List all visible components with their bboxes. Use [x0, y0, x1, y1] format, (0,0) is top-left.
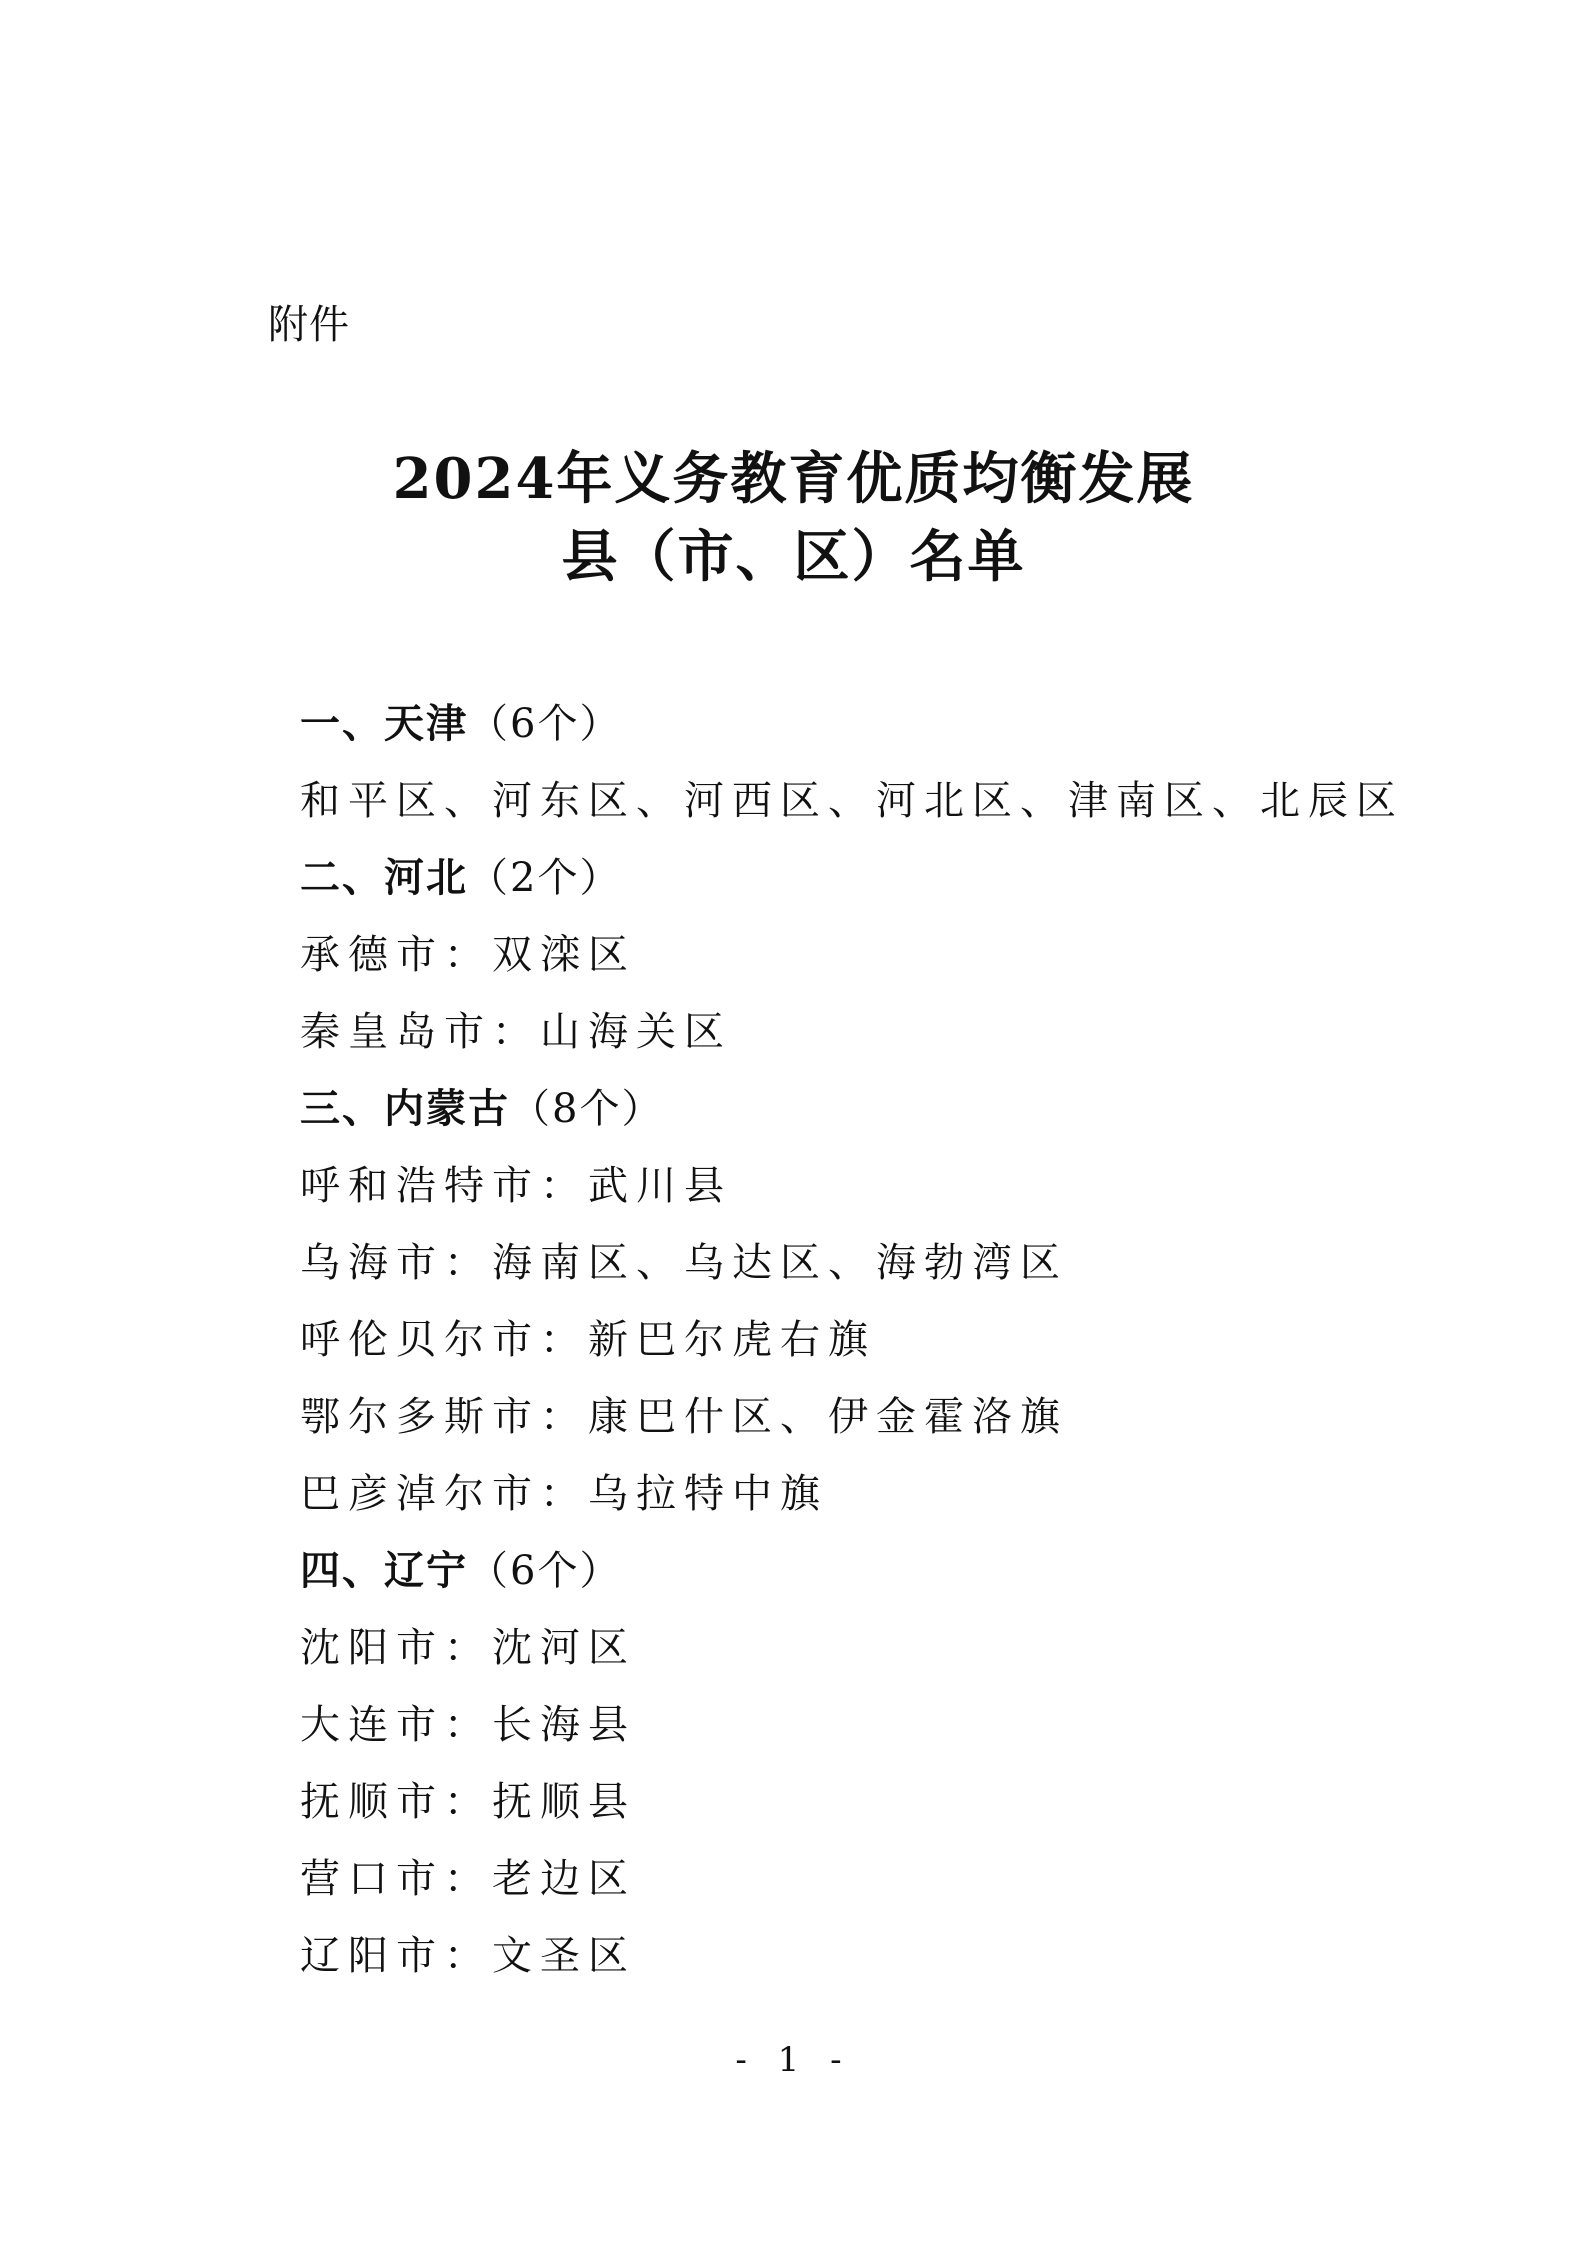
section-heading-label: 二、河北: [300, 855, 468, 901]
attachment-label: 附件: [268, 300, 350, 350]
list-item: 大连市：长海县: [300, 1687, 1400, 1764]
list-item: 巴彦淖尔市：乌拉特中旗: [300, 1456, 1400, 1533]
list-item: 沈阳市：沈河区: [300, 1610, 1400, 1687]
list-item: 乌海市：海南区、乌达区、海勃湾区: [300, 1225, 1400, 1302]
section-tianjin: 一、天津（6个） 和平区、河东区、河西区、河北区、津南区、北辰区: [300, 686, 1400, 840]
section-count: （6个）: [468, 701, 621, 747]
section-heading-label: 四、辽宁: [300, 1548, 468, 1594]
title-line-2: 县（市、区）名单: [0, 518, 1587, 596]
section-liaoning: 四、辽宁（6个） 沈阳市：沈河区 大连市：长海县 抚顺市：抚顺县 营口市：老边区…: [300, 1533, 1400, 1995]
list-item: 抚顺市：抚顺县: [300, 1764, 1400, 1841]
list-item: 鄂尔多斯市：康巴什区、伊金霍洛旗: [300, 1379, 1400, 1456]
section-heading: 一、天津（6个）: [300, 686, 1400, 763]
page-number: - 1 -: [0, 2040, 1587, 2080]
document-page: 附件 2024年义务教育优质均衡发展 县（市、区）名单 一、天津（6个） 和平区…: [0, 0, 1587, 2245]
section-heading-label: 三、内蒙古: [300, 1086, 510, 1132]
section-heading: 四、辽宁（6个）: [300, 1533, 1400, 1610]
list-item: 承德市：双滦区: [300, 917, 1400, 994]
document-title: 2024年义务教育优质均衡发展 县（市、区）名单: [0, 440, 1587, 596]
section-heading: 二、河北（2个）: [300, 840, 1400, 917]
list-item: 呼和浩特市：武川县: [300, 1148, 1400, 1225]
list-item: 秦皇岛市：山海关区: [300, 994, 1400, 1071]
section-count: （6个）: [468, 1548, 621, 1594]
section-heading: 三、内蒙古（8个）: [300, 1071, 1400, 1148]
section-count: （8个）: [510, 1086, 663, 1132]
list-item: 营口市：老边区: [300, 1841, 1400, 1918]
list-content: 一、天津（6个） 和平区、河东区、河西区、河北区、津南区、北辰区 二、河北（2个…: [300, 686, 1400, 1995]
section-hebei: 二、河北（2个） 承德市：双滦区 秦皇岛市：山海关区: [300, 840, 1400, 1071]
list-item: 辽阳市：文圣区: [300, 1918, 1400, 1995]
section-count: （2个）: [468, 855, 621, 901]
list-item: 和平区、河东区、河西区、河北区、津南区、北辰区: [300, 763, 1400, 840]
title-line-1: 2024年义务教育优质均衡发展: [0, 440, 1587, 518]
section-inner-mongolia: 三、内蒙古（8个） 呼和浩特市：武川县 乌海市：海南区、乌达区、海勃湾区 呼伦贝…: [300, 1071, 1400, 1533]
list-item: 呼伦贝尔市：新巴尔虎右旗: [300, 1302, 1400, 1379]
section-heading-label: 一、天津: [300, 701, 468, 747]
